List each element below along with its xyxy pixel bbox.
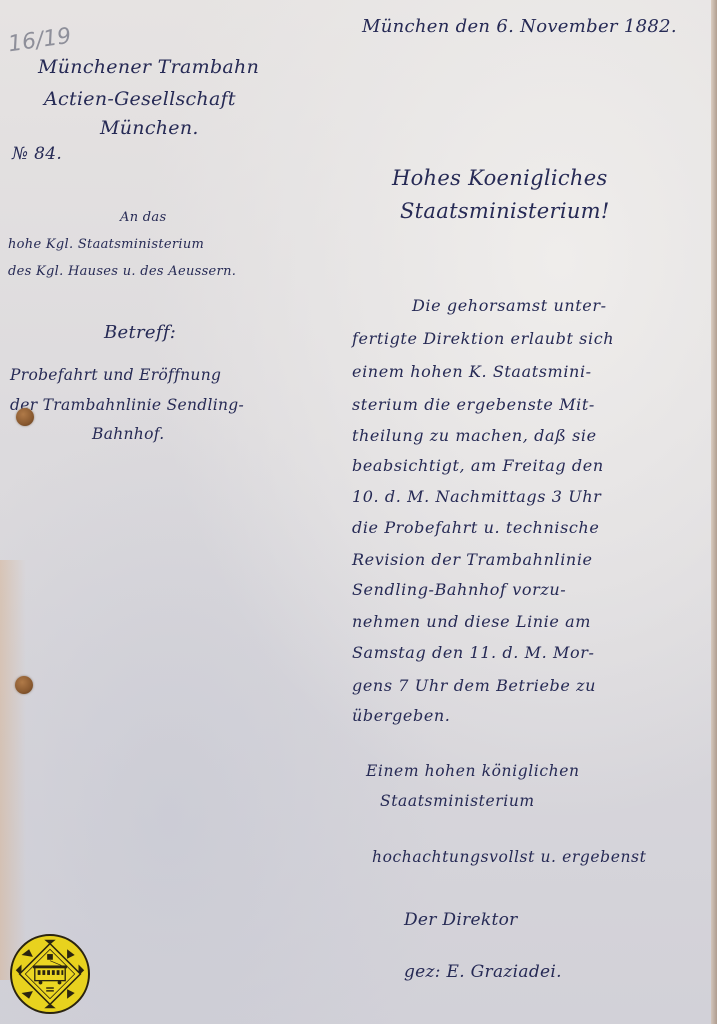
body-line: gens 7 Uhr dem Betriebe zu <box>352 676 596 695</box>
closing-line-2: Staatsministerium <box>380 792 535 810</box>
body-line: beabsichtigt, am Freitag den <box>352 456 604 475</box>
body-line: die Probefahrt u. technische <box>352 518 599 537</box>
tram-club-seal-icon <box>10 934 90 1014</box>
punch-hole-upper <box>16 408 34 426</box>
subject-line-3: Bahnhof. <box>92 425 164 443</box>
date-line: München den 6. November 1882. <box>362 16 677 37</box>
body-line: übergeben. <box>352 706 450 725</box>
subject-line-2: der Trambahnlinie Sendling- <box>10 396 244 414</box>
subject-line-1: Probefahrt und Eröffnung <box>10 366 221 384</box>
body-line: fertigte Direktion erlaubt sich <box>352 329 614 348</box>
signature-name: gez: E. Graziadei. <box>404 962 562 982</box>
body-line: 10. d. M. Nachmittags 3 Uhr <box>352 487 601 506</box>
salutation-line-2: Staatsministerium! <box>400 199 610 223</box>
closing-line-1: Einem hohen königlichen <box>366 762 580 780</box>
body-line: einem hohen K. Staatsmini- <box>352 362 592 381</box>
scanned-letter-page: 16/19 Münchener Trambahn Actien-Gesellsc… <box>0 0 717 1024</box>
addressee-line-2: hohe Kgl. Staatsministerium <box>8 237 204 252</box>
body-line: Samstag den 11. d. M. Mor- <box>352 643 594 662</box>
signature-title: Der Direktor <box>404 910 518 930</box>
punch-hole-lower <box>15 676 33 694</box>
closing-line-3: hochachtungsvollst u. ergebenst <box>372 848 646 866</box>
archive-mark: 16/19 <box>7 24 73 58</box>
body-line: theilung zu machen, daß sie <box>352 426 597 445</box>
body-line: Sendling-Bahnhof vorzu- <box>352 580 566 599</box>
sender-line-1: Münchener Trambahn <box>38 56 259 78</box>
addressee-line-3: des Kgl. Hauses u. des Aeussern. <box>8 264 236 279</box>
body-line: nehmen und diese Linie am <box>352 612 591 631</box>
body-line: Revision der Trambahnlinie <box>352 550 593 569</box>
addressee-line-1: An das <box>120 210 166 225</box>
sender-line-3: München. <box>100 117 199 139</box>
sender-line-2: Actien-Gesellschaft <box>44 88 236 110</box>
subject-heading: Betreff: <box>104 322 176 343</box>
reference-number: № 84. <box>12 144 62 164</box>
salutation-line-1: Hohes Koenigliches <box>392 166 608 190</box>
body-line: Die gehorsamst unter- <box>412 296 607 315</box>
body-line: sterium die ergebenste Mit- <box>352 395 595 414</box>
